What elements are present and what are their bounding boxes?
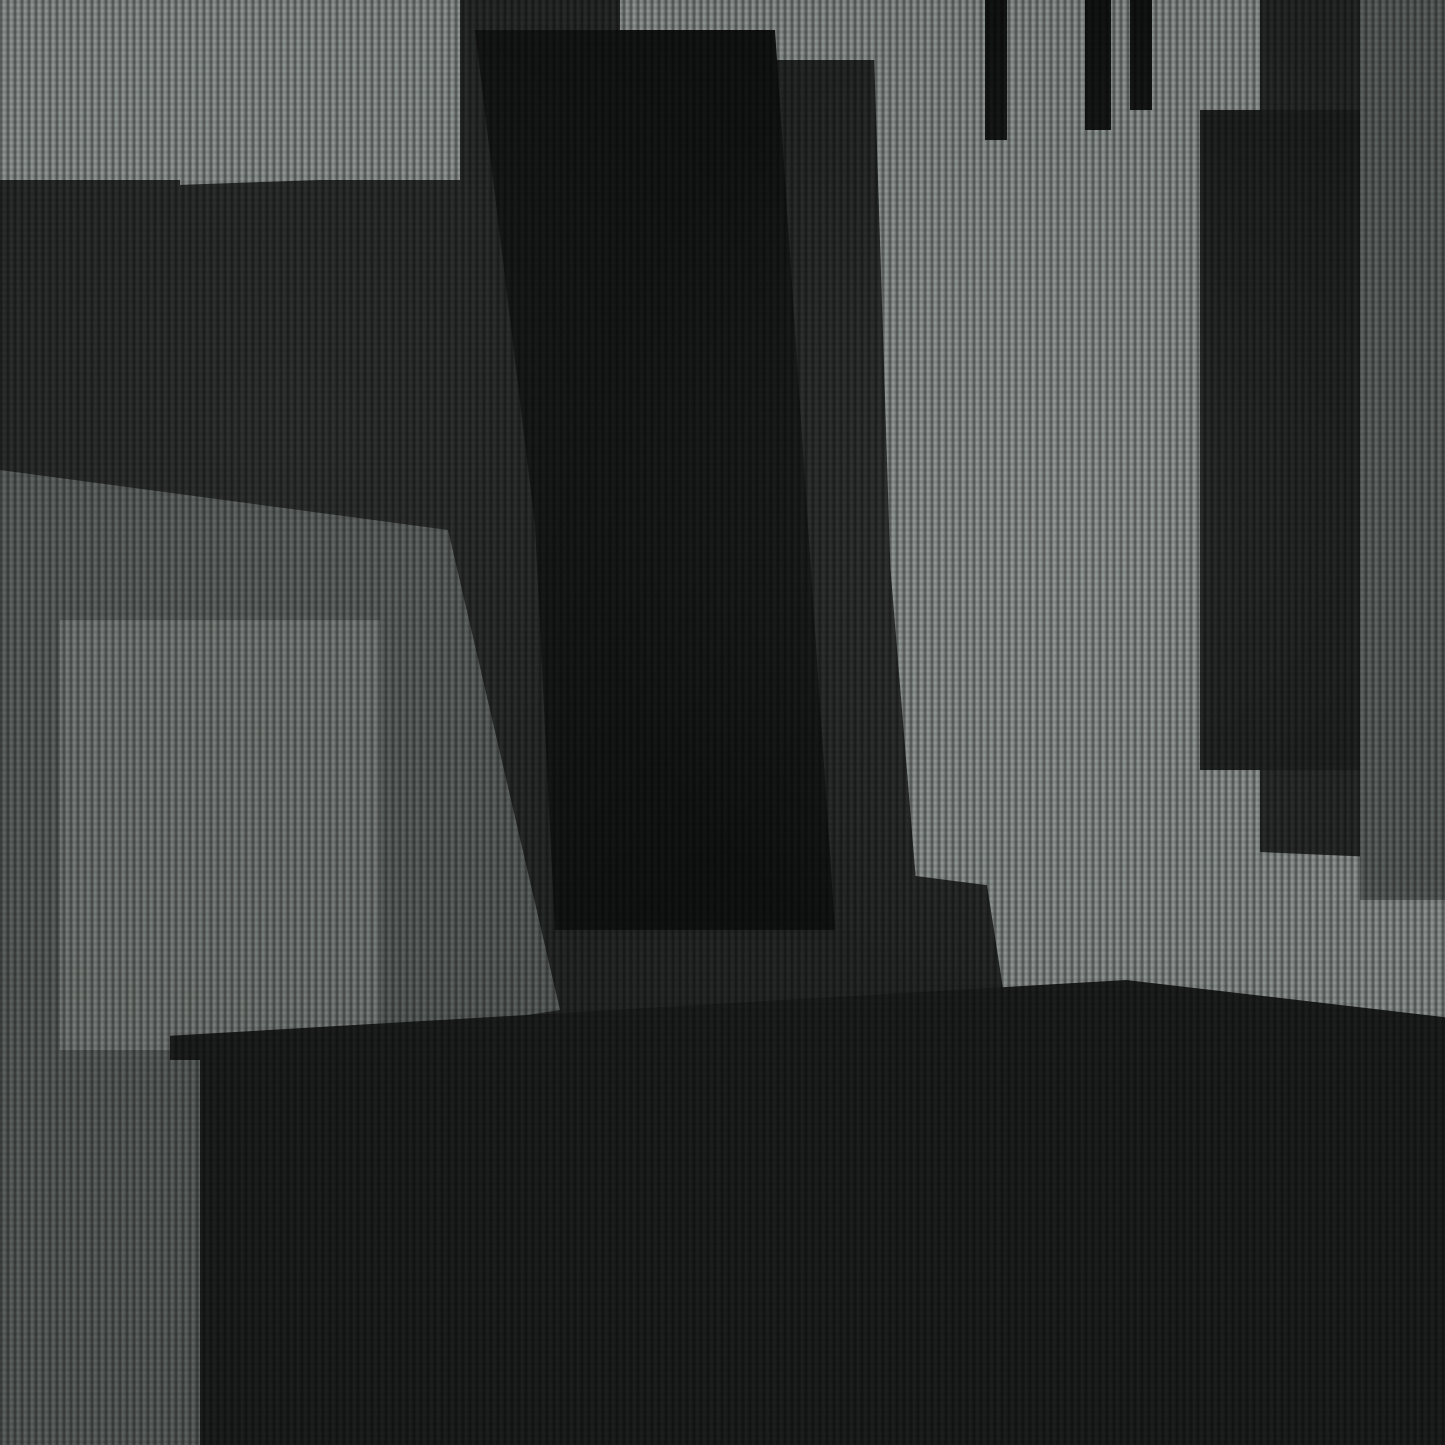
- light-patch-left-lower: [60, 620, 380, 1050]
- black-column-center: [455, 30, 855, 930]
- stripe-top-3: [1130, 0, 1152, 110]
- dark-sweep-bottom: [170, 980, 1445, 1445]
- stripe-top-2: [1085, 0, 1111, 130]
- mid-patch-bottom-left: [0, 1060, 200, 1445]
- carpet-texture-image: [0, 0, 1445, 1445]
- light-patch-top-left-2: [180, 115, 460, 185]
- stripe-top-1: [985, 0, 1007, 140]
- light-panel-right: [840, 40, 1260, 920]
- mid-strip-right-edge: [1360, 0, 1445, 900]
- dark-strip-right: [1200, 110, 1360, 770]
